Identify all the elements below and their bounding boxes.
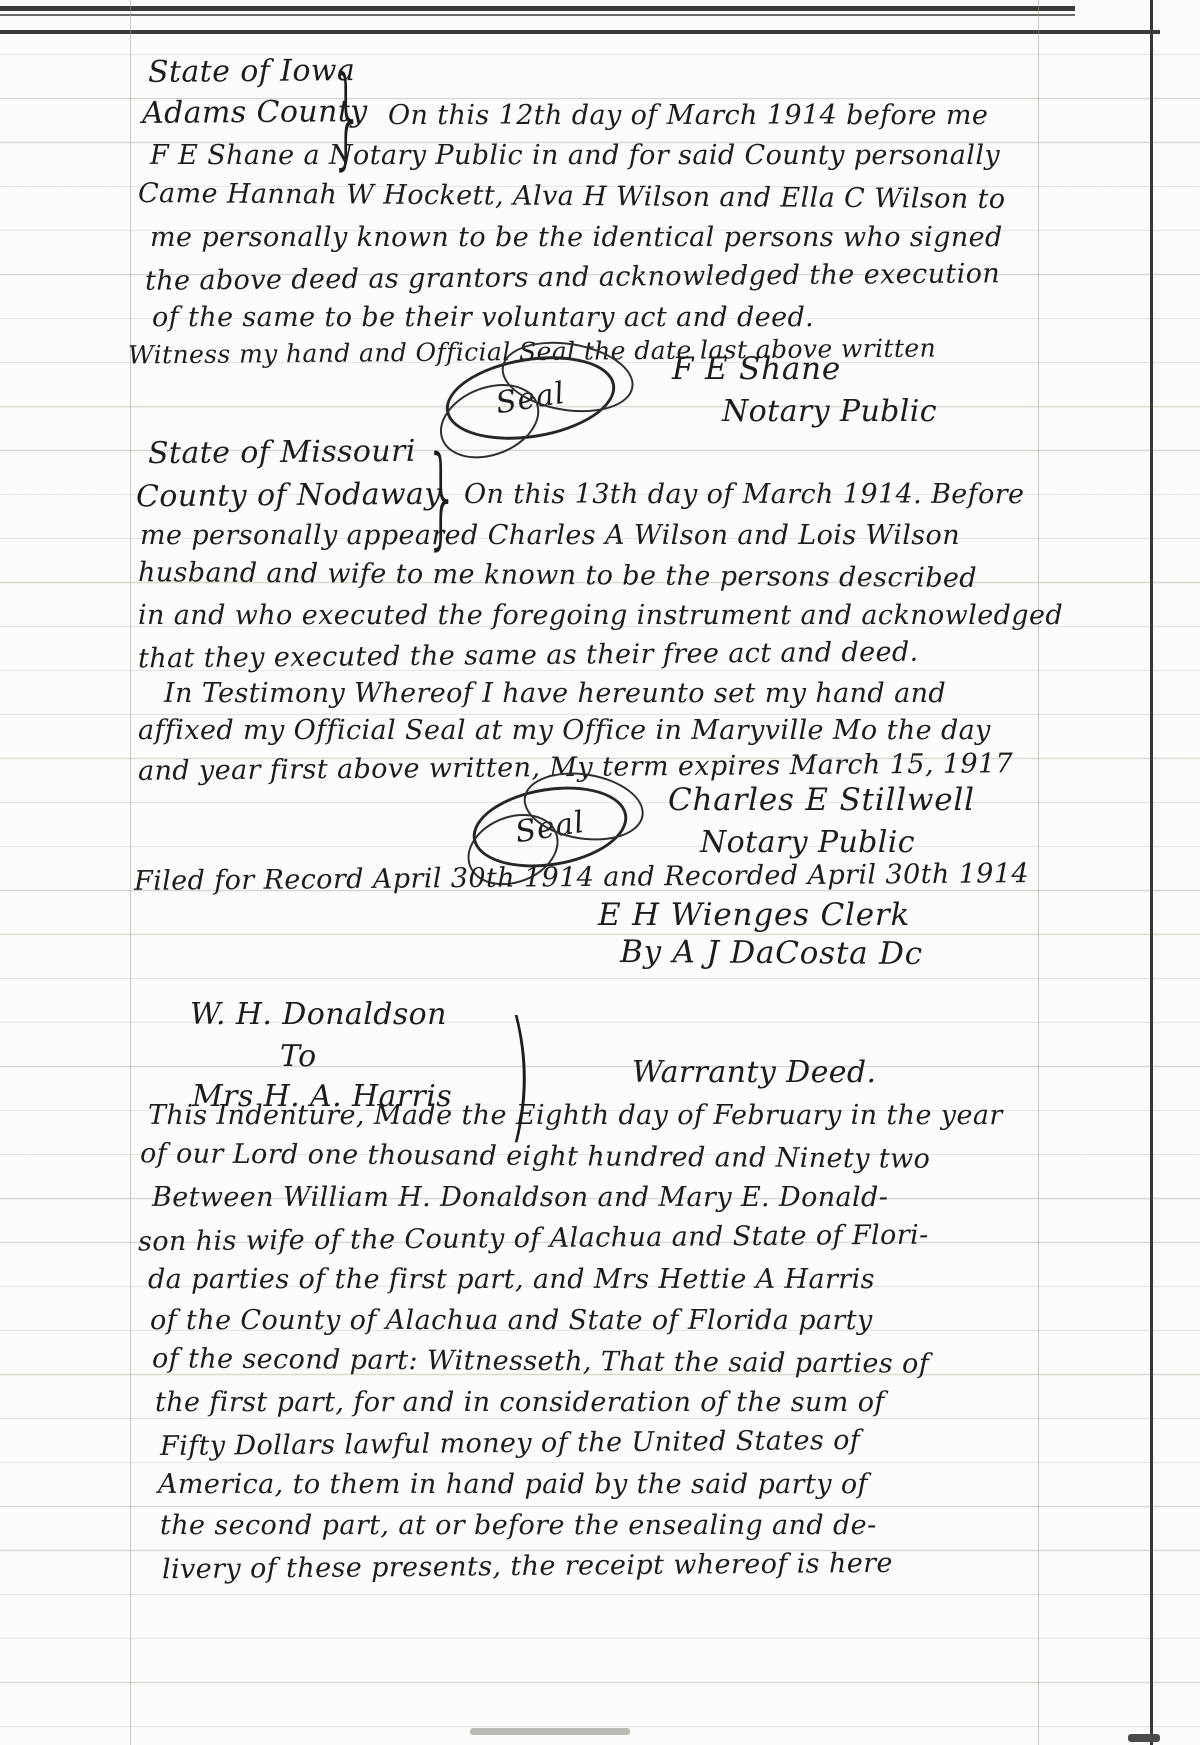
bottom-smudge <box>470 1728 630 1735</box>
handwritten-line: Came Hannah W Hockett, Alva H Wilson and… <box>138 178 1006 215</box>
handwritten-line: F E Shane a Notary Public in and for sai… <box>150 140 1000 171</box>
seal-label: Seal <box>513 804 587 849</box>
handwritten-line: the first part, for and in consideration… <box>155 1387 885 1418</box>
deed-caption-brace: ) <box>508 990 532 1158</box>
handwritten-line: Between William H. Donaldson and Mary E.… <box>152 1182 888 1213</box>
notary-signature: F E Shane <box>672 352 841 388</box>
handwritten-line: me personally appeared Charles A Wilson … <box>140 520 960 551</box>
notary-title: Notary Public <box>722 395 937 430</box>
iowa-opening-line: On this 12th day of March 1914 before me <box>388 100 988 131</box>
handwritten-line: the above deed as grantors and acknowled… <box>145 258 1000 297</box>
notary-title: Notary Public <box>700 826 915 861</box>
handwritten-line: of the second part: Witnesseth, That the… <box>152 1343 929 1379</box>
clerk-signature: E H Wienges Clerk <box>598 898 910 934</box>
left-margin-rule <box>130 0 131 1745</box>
bottom-corner-mark <box>1128 1734 1160 1742</box>
handwritten-line: This Indenture, Made the Eighth day of F… <box>148 1100 1003 1131</box>
deed-book-scanned-page: State of Iowa Adams County } On this 12t… <box>0 0 1200 1745</box>
top-border-line-1 <box>0 6 1075 11</box>
handwritten-line: husband and wife to me known to be the p… <box>138 557 977 594</box>
handwritten-line: livery of these presents, the receipt wh… <box>162 1548 893 1585</box>
handwritten-line: of the County of Alachua and State of Fl… <box>150 1305 873 1336</box>
handwritten-line: the second part, at or before the enseal… <box>160 1510 877 1541</box>
right-margin-rule <box>1038 0 1039 1745</box>
top-border-line-3 <box>0 30 1160 34</box>
top-border-line-2 <box>0 14 1075 16</box>
handwritten-line: America, to them in hand paid by the sai… <box>158 1469 868 1500</box>
iowa-state-line: State of Iowa <box>148 54 356 90</box>
missouri-state-line: State of Missouri <box>148 435 416 472</box>
handwritten-line: da parties of the first part, and Mrs He… <box>148 1264 875 1295</box>
missouri-opening-line: On this 13th day of March 1914. Before <box>464 479 1024 510</box>
deputy-clerk-signature: By A J DaCosta Dc <box>620 935 923 973</box>
deed-to-label: To <box>280 1040 317 1075</box>
handwritten-line: In Testimony Whereof I have hereunto set… <box>164 678 946 709</box>
handwritten-line: Fifty Dollars lawful money of the United… <box>160 1425 860 1462</box>
handwritten-line: me personally known to be the identical … <box>150 222 1003 253</box>
handwritten-line: affixed my Official Seal at my Office in… <box>138 715 991 746</box>
deed-grantor: W. H. Donaldson <box>190 998 447 1033</box>
deed-instrument-type: Warranty Deed. <box>632 1056 876 1091</box>
page-edge-line <box>1150 0 1153 1745</box>
notary-signature: Charles E Stillwell <box>668 783 975 819</box>
handwritten-line: in and who executed the foregoing instru… <box>138 600 1063 631</box>
missouri-county-line: County of Nodaway <box>136 478 442 515</box>
handwritten-line: of our Lord one thousand eight hundred a… <box>140 1138 930 1175</box>
handwritten-line: son his wife of the County of Alachua an… <box>138 1220 929 1258</box>
seal-label: Seal <box>493 375 567 420</box>
handwritten-line: of the same to be their voluntary act an… <box>152 302 814 333</box>
filing-record-line: Filed for Record April 30th 1914 and Rec… <box>134 858 1029 897</box>
handwritten-line: that they executed the same as their fre… <box>138 637 919 675</box>
